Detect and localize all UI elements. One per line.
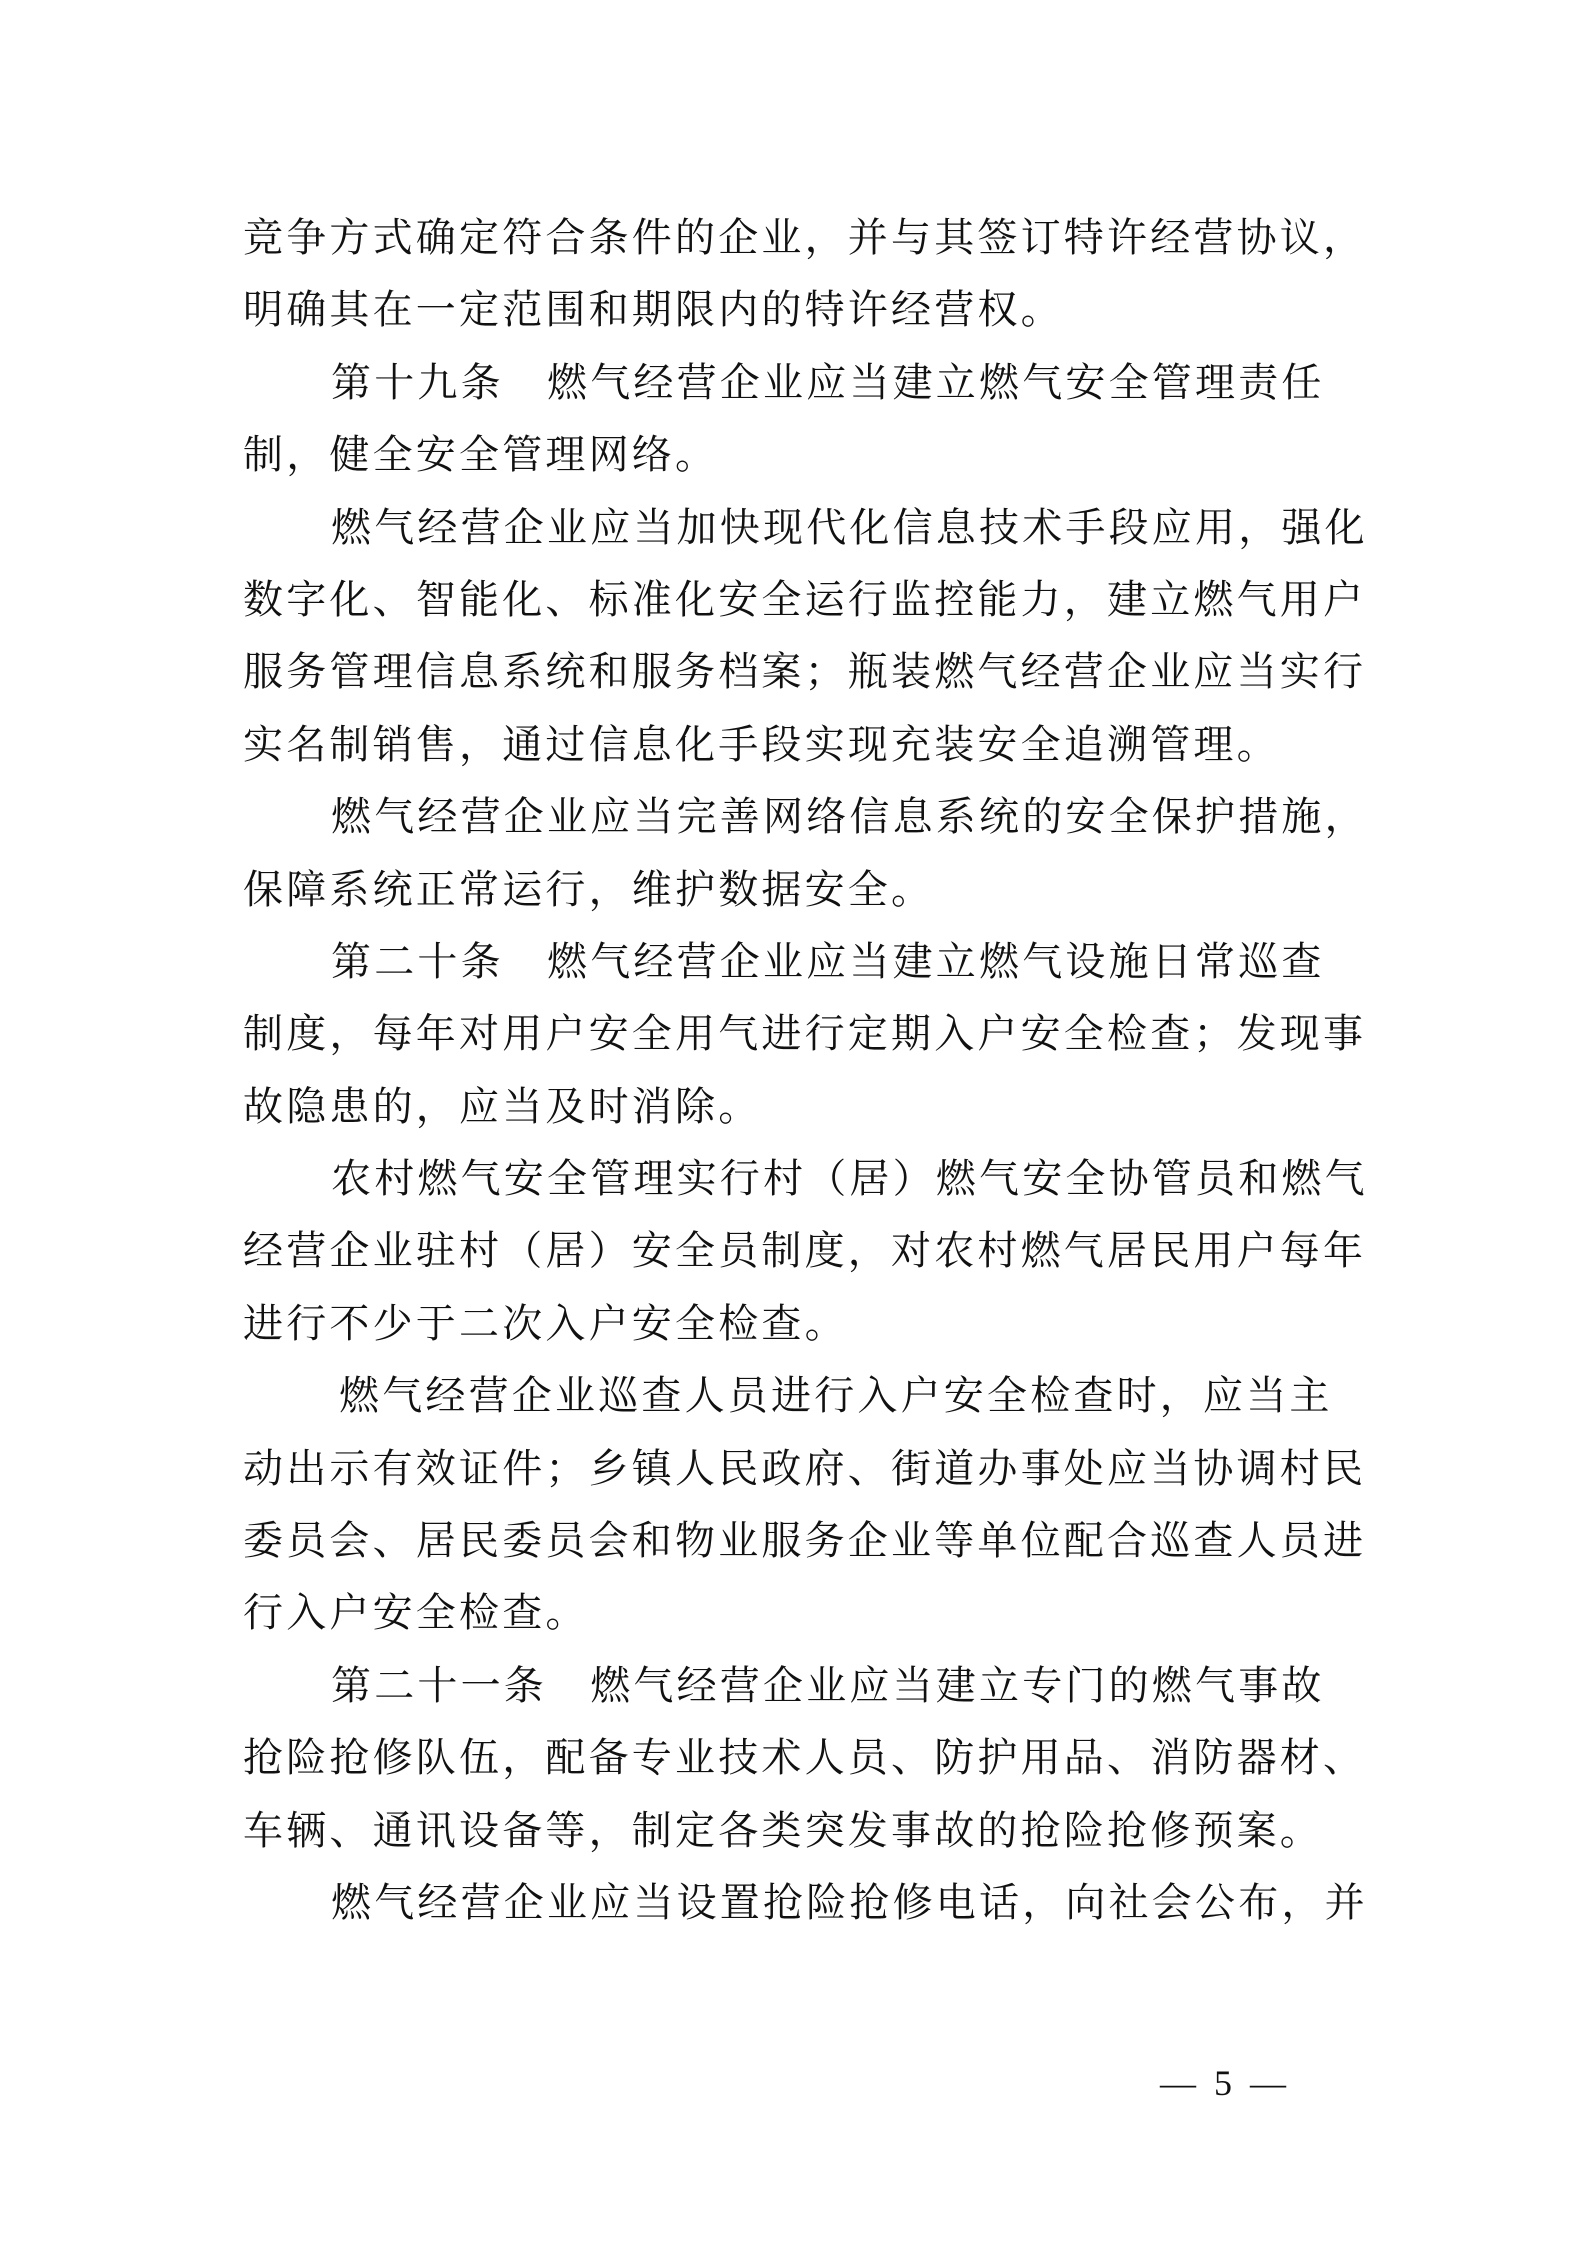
article-19-heading-line: 第十九条 燃气经营企业应当建立燃气安全管理责任 [243,347,1345,419]
text-line: 进行不少于二次入户安全检查。 [243,1288,1345,1360]
article-21-heading-line: 第二十一条 燃气经营企业应当建立专门的燃气事故 [243,1650,1345,1722]
text-line: 委员会、居民委员会和物业服务企业等单位配合巡查人员进 [243,1505,1345,1577]
article-20-heading-line: 第二十条 燃气经营企业应当建立燃气设施日常巡查 [243,926,1345,998]
text-line: 制，健全安全管理网络。 [243,419,1345,491]
text-line: 实名制销售，通过信息化手段实现充装安全追溯管理。 [243,709,1345,781]
text-line: 保障系统正常运行，维护数据安全。 [243,854,1345,926]
paragraph-start-line: 燃气经营企业应当设置抢险抢修电话，向社会公布，并 [243,1867,1345,1939]
paragraph-start-line: 燃气经营企业应当完善网络信息系统的安全保护措施， [243,781,1345,853]
text-line: 行入户安全检查。 [243,1577,1345,1649]
text-line: 竞争方式确定符合条件的企业，并与其签订特许经营协议， [243,202,1345,274]
text-line: 数字化、智能化、标准化安全运行监控能力，建立燃气用户 [243,564,1345,636]
text-line: 动出示有效证件；乡镇人民政府、街道办事处应当协调村民 [243,1433,1345,1505]
text-line: 明确其在一定范围和期限内的特许经营权。 [243,274,1345,346]
paragraph-start-line: 燃气经营企业应当加快现代化信息技术手段应用，强化 [243,492,1345,564]
page-number: — 5 — [1160,2062,1286,2104]
body-text: 竞争方式确定符合条件的企业，并与其签订特许经营协议， 明确其在一定范围和期限内的… [243,202,1345,1939]
text-line: 经营企业驻村（居）安全员制度，对农村燃气居民用户每年 [243,1215,1345,1287]
text-line: 制度，每年对用户安全用气进行定期入户安全检查；发现事 [243,998,1345,1070]
text-line: 故隐患的，应当及时消除。 [243,1071,1345,1143]
text-line: 抢险抢修队伍，配备专业技术人员、防护用品、消防器材、 [243,1722,1345,1794]
text-line: 车辆、通讯设备等，制定各类突发事故的抢险抢修预案。 [243,1795,1345,1867]
paragraph-start-line: 农村燃气安全管理实行村（居）燃气安全协管员和燃气 [243,1143,1345,1215]
paragraph-start-line: 燃气经营企业巡查人员进行入户安全检查时，应当主 [243,1360,1345,1432]
text-line: 服务管理信息系统和服务档案；瓶装燃气经营企业应当实行 [243,636,1345,708]
document-page: 竞争方式确定符合条件的企业，并与其签订特许经营协议， 明确其在一定范围和期限内的… [0,0,1587,2245]
